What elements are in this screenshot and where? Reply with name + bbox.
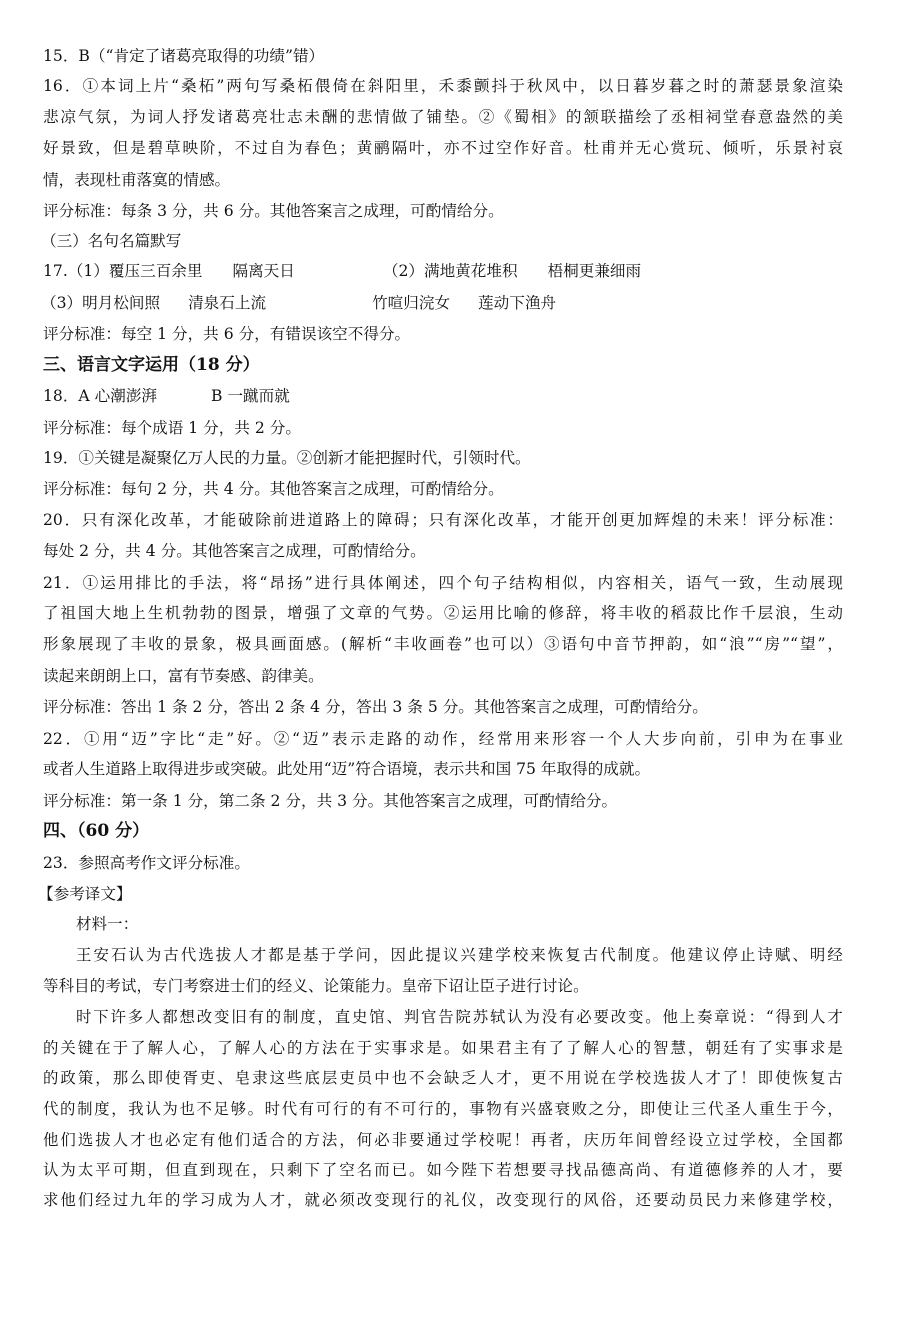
section-heading-language-use: 三、语言文字运用（18 分） [43, 355, 260, 375]
answer-20-line-2: 每处 2 分，共 4 分。其他答案言之成理，可酌情给分。 [43, 541, 426, 561]
translation-para-2-line-5: 他们选拔人才也必定有他们适合的方法，何必非要通过学校呢！再者，庆历年间曾经设立过… [43, 1130, 843, 1150]
answer-23: 23．参照高考作文评分标准。 [43, 853, 250, 873]
answer-17-1b: 隔离天日 [232, 262, 294, 280]
reference-translation-heading: 【参考译文】 [38, 884, 132, 904]
scoring-18: 评分标准：每个成语 1 分，共 2 分。 [43, 418, 301, 438]
translation-para-2-line-7: 求他们经过九年的学习成为人才，就必须改变现行的礼仪，改变现行的风俗，还要动员民力… [43, 1190, 843, 1210]
answer-17-2a: （2）满地黄花堆积 [383, 262, 518, 280]
answer-22-line-2: 或者人生道路上取得进步或突破。此处用“迈”符合语境，表示共和国 75 年取得的成… [43, 759, 650, 779]
answer-17-1a: 17.（1）覆压三百余里 [43, 262, 202, 280]
material-one-label: 材料一： [76, 914, 138, 934]
translation-para-2-line-6: 认为太平可期，但直到现在，只剩下了空名而已。如今陛下若想要寻找品德高尚、有道德修… [43, 1160, 843, 1180]
translation-para-2-line-2: 的关键在于了解人心，了解人心的方法在于实事求是。如果君主有了了解人心的智慧，朝廷… [43, 1038, 843, 1058]
section-heading-writing: 四、（60 分） [43, 821, 149, 841]
answer-19: 19．①关键是凝聚亿万人民的力量。②创新才能把握时代，引领时代。 [43, 448, 531, 468]
answer-17-3c: 竹喧归浣女 [372, 294, 450, 312]
answer-15: 15．B（“肯定了诸葛亮取得的功绩”错） [43, 46, 324, 66]
answer-21-line-1: 21．①运用排比的手法，将“昂扬”进行具体阐述，四个句子结构相似，内容相关，语气… [43, 573, 843, 593]
scoring-21: 评分标准：答出 1 条 2 分，答出 2 条 4 分，答出 3 条 5 分。其他… [43, 697, 708, 717]
scoring-17: 评分标准：每空 1 分，共 6 分，有错误该空不得分。 [43, 324, 410, 344]
answer-22-line-1: 22．①用“迈”字比“走”好。②“迈”表示走路的动作，经常用来形容一个人大步向前… [43, 729, 843, 749]
scoring-16: 评分标准：每条 3 分，共 6 分。其他答案言之成理，可酌情给分。 [43, 201, 504, 221]
answer-17-3b: 清泉石上流 [188, 294, 266, 312]
answer-17-line-1: 17.（1）覆压三百余里隔离天日（2）满地黄花堆积梧桐更兼细雨 [43, 261, 641, 281]
translation-para-2-line-4: 代的制度，我认为也不足够。时代有可行的有不可行的，事物有兴盛衰败之分，即使让三代… [43, 1099, 843, 1119]
translation-para-2-line-1: 时下许多人都想改变旧有的制度，直史馆、判官告院苏轼认为没有必要改变。他上奏章说：… [76, 1007, 843, 1027]
answer-16-line-1: 16．①本词上片“桑柘”两句写桑柘偎倚在斜阳里，禾黍颤抖于秋风中，以日暮岁暮之时… [43, 76, 843, 96]
answer-17-3a: （3）明月松间照 [41, 294, 160, 312]
answer-21-line-3: 形象展现了丰收的景象，极具画面感。(解析“丰收画卷”也可以）③语句中音节押韵，如… [43, 634, 843, 654]
section-heading-recitation: （三）名句名篇默写 [41, 231, 181, 251]
answer-16-line-4: 情，表现杜甫落寞的情感。 [43, 170, 230, 190]
answer-17-3d: 莲动下渔舟 [478, 294, 556, 312]
translation-para-2-line-3: 的政策，那么即使胥吏、皂隶这些底层吏员中也不会缺乏人才，更不用说在学校选拔人才了… [43, 1068, 843, 1088]
answer-17-2b: 梧桐更兼细雨 [548, 262, 642, 280]
translation-para-1-line-2: 等科目的考试，专门考察进士们的经义、论策能力。皇帝下诏让臣子进行讨论。 [43, 976, 589, 996]
translation-para-1-line-1: 王安石认为古代选拔人才都是基于学问，因此提议兴建学校来恢复古代制度。他建议停止诗… [76, 945, 843, 965]
answer-16-line-3: 好景致，但是碧草映阶，不过自为春色；黄鹂隔叶，亦不过空作好音。杜甫并无心赏玩、倾… [43, 138, 843, 158]
answer-18: 18．A 心潮澎湃B 一蹴而就 [43, 386, 290, 406]
scoring-22: 评分标准：第一条 1 分，第二条 2 分，共 3 分。其他答案言之成理，可酌情给… [43, 791, 617, 811]
answer-21-line-4: 读起来朗朗上口，富有节奏感、韵律美。 [43, 666, 324, 686]
answer-18a: 18．A 心潮澎湃 [43, 387, 157, 405]
answer-17-line-2: （3）明月松间照清泉石上流竹喧归浣女莲动下渔舟 [41, 293, 556, 313]
answer-21-line-2: 了祖国大地上生机勃勃的图景，增强了文章的气势。②运用比喻的修辞，将丰收的稻菽比作… [43, 603, 843, 623]
answer-20-line-1: 20．只有深化改革，才能破除前进道路上的障碍；只有深化改革，才能开创更加辉煌的未… [43, 510, 843, 530]
answer-16-line-2: 悲凉气氛，为词人抒发诸葛亮壮志未酬的悲情做了铺垫。②《蜀相》的颔联描绘了丞相祠堂… [43, 107, 843, 127]
answer-18b: B 一蹴而就 [211, 387, 290, 405]
scoring-19: 评分标准：每句 2 分，共 4 分。其他答案言之成理，可酌情给分。 [43, 479, 504, 499]
